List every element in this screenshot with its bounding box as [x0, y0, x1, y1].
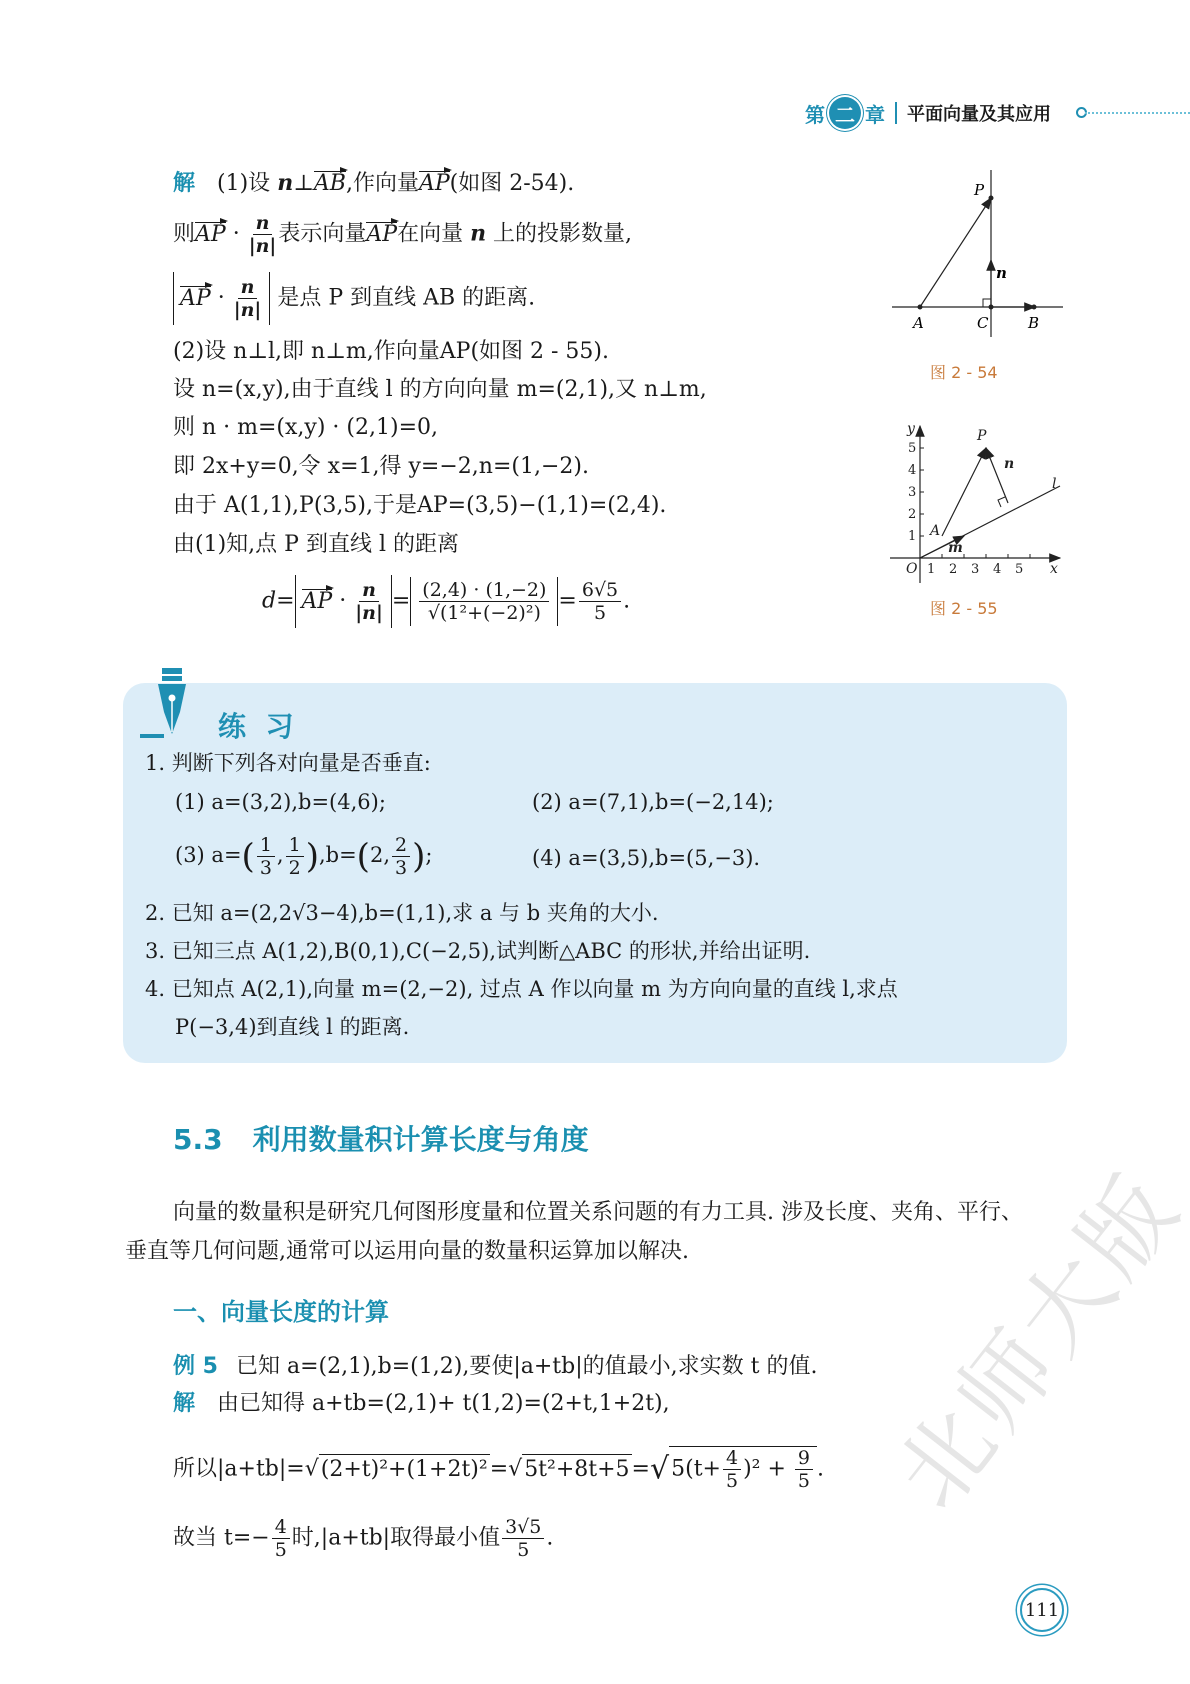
vector-ab: AB: [314, 169, 346, 199]
fraction-num: 4: [272, 1516, 290, 1539]
fraction-num: 1: [257, 834, 275, 857]
example-5-solution-2: 所以|a+tb|=√(2+t)²+(1+2t)²=√5t²+8t+5=√5(t+…: [173, 1446, 824, 1492]
vector-ap: AP: [302, 587, 333, 617]
practice-q1-1: (1) a=(3,2),b=(4,6);: [175, 788, 386, 816]
text: 表示向量: [278, 222, 366, 247]
solution-line-9: 由(1)知,点 P 到直线 l 的距离: [173, 530, 459, 560]
chapter-title: 平面向量及其应用: [907, 100, 1051, 126]
text: ,作向量: [346, 171, 419, 196]
solution-line-6: 则 n · m=(x,y) · (2,1)=0,: [173, 413, 438, 443]
example-5-solution-1: 解由已知得 a+tb=(2,1)+ t(1,2)=(2+t,1+2t),: [173, 1389, 670, 1419]
section-number: 5.3: [173, 1123, 223, 1156]
chapter-prefix: 第: [805, 99, 825, 128]
practice-q1-3: (3) a=(13,12),b=(2,23);: [175, 834, 432, 879]
label-p: P: [973, 181, 985, 199]
label-a: A: [928, 523, 940, 539]
fraction-num: 9: [795, 1447, 813, 1470]
text: 则: [173, 222, 195, 247]
fraction-den: 2: [289, 857, 301, 879]
label-b: B: [1027, 314, 1039, 332]
fraction-den: |n|: [355, 602, 383, 624]
example-5-statement: 例 5已知 a=(2,1),b=(1,2),要使|a+tb|的值最小,求实数 t…: [173, 1352, 817, 1382]
fraction-num: 6√5: [579, 579, 621, 602]
section-title: 利用数量积计算长度与角度: [253, 1123, 589, 1156]
text: 所以|a+tb|=: [173, 1457, 305, 1482]
solution-label: 解: [173, 1391, 195, 1416]
solution-line-7: 即 2x+y=0,令 x=1,得 y=−2,n=(1,−2).: [173, 452, 589, 482]
fraction-num: 2: [392, 834, 410, 857]
fraction-den: 5: [726, 1470, 738, 1492]
practice-title: 练 习: [218, 705, 294, 745]
abs-expression: AP · n|n|: [173, 272, 270, 325]
equals: =: [558, 589, 576, 614]
example-label: 例 5: [173, 1354, 218, 1379]
fraction-den: 3: [395, 857, 407, 879]
y-tick: 2: [908, 507, 916, 522]
text: (如图 2-54).: [450, 171, 575, 196]
fraction: 13: [257, 834, 275, 879]
paren: ): [306, 837, 319, 877]
axis-label-x: x: [1050, 561, 1058, 577]
text: (3) a=: [175, 843, 242, 867]
y-tick: 3: [908, 485, 916, 500]
subsection-heading: 一、向量长度的计算: [173, 1292, 389, 1327]
result-fraction: 6√55: [579, 579, 621, 624]
vector-ap: AP: [195, 220, 226, 250]
intro-line-2: 垂直等几何问题,通常可以运用向量的数量积运算加以解决.: [125, 1237, 689, 1267]
fraction: 45: [272, 1516, 290, 1561]
unit-vector-fraction: n|n|: [355, 579, 383, 624]
figure-2-55: 1 2 3 4 5 1 2 3 4 5 y x O P A l n m: [880, 418, 1070, 588]
chapter-header: 第 二 章 平面向量及其应用: [805, 96, 1051, 130]
fraction-num: n: [253, 212, 273, 235]
fraction-num: n: [359, 579, 379, 602]
sqrt-expression: 5(t+45)² + 95: [669, 1446, 817, 1492]
fraction-den: 5: [594, 602, 606, 624]
solution-line-4: (2)设 n⊥l,即 n⊥m,作向量AP(如图 2 - 55).: [173, 337, 609, 367]
header-dotted-rule: [1085, 112, 1190, 114]
fraction-den: |n|: [249, 235, 277, 257]
label-m: m: [948, 540, 963, 556]
vector-ap: AP: [180, 284, 211, 314]
vector-n: n: [277, 170, 293, 196]
equals: =: [490, 1457, 508, 1482]
vector-n: n: [470, 221, 486, 247]
solution-line-5: 设 n=(x,y),由于直线 l 的方向向量 m=(2,1),又 n⊥m,: [173, 375, 707, 405]
fraction-num: n: [238, 276, 258, 299]
text: 由已知得 a+tb=(2,1)+ t(1,2)=(2+t,1+2t),: [217, 1391, 670, 1416]
label-n: n: [1004, 456, 1014, 472]
solution-line-8: 由于 A(1,1),P(3,5),于是AP=(3,5)−(1,1)=(2,4).: [173, 491, 666, 521]
unit-vector-fraction: n|n|: [234, 276, 262, 321]
solution-line-2: 则AP · n|n|表示向量AP在向量 n 上的投影数量,: [173, 212, 632, 257]
perp-symbol: ⊥: [293, 171, 314, 196]
unit-vector-fraction: n|n|: [249, 212, 277, 257]
dot-product-fraction: (2,4) · (1,−2)√(1²+(−2)²): [419, 579, 549, 624]
text: 故当 t=−: [173, 1526, 270, 1551]
fraction-den: 3: [260, 857, 272, 879]
fraction: 95: [795, 1447, 813, 1492]
figure-2-54: P n A C B: [880, 160, 1070, 340]
label-c: C: [977, 314, 989, 332]
x-tick: 3: [971, 562, 979, 577]
text: ,b=: [319, 843, 357, 867]
page-number: 111: [1020, 1588, 1064, 1632]
fraction-num: (2,4) · (1,−2): [419, 579, 549, 602]
fraction: 45: [723, 1447, 741, 1492]
example-5-solution-3: 故当 t=−45时,|a+tb|取得最小值3√55.: [173, 1516, 553, 1561]
practice-q2: 2. 已知 a=(2,2√3−4),b=(1,1),求 a 与 b 夹角的大小.: [145, 899, 659, 927]
solution-label: 解: [173, 171, 195, 196]
text: (1)设: [217, 171, 277, 196]
fraction: 3√55: [502, 1516, 544, 1561]
axis-label-y: y: [906, 421, 916, 437]
fraction: 12: [286, 834, 304, 879]
x-tick: 4: [993, 562, 1001, 577]
example-text: 已知 a=(2,1),b=(1,2),要使|a+tb|的值最小,求实数 t 的值…: [236, 1354, 817, 1379]
x-tick: 5: [1015, 562, 1023, 577]
d-symbol: d=: [262, 589, 295, 614]
text: 时,|a+tb|取得最小值: [292, 1526, 500, 1551]
practice-q1-4: (4) a=(3,5),b=(5,−3).: [532, 844, 760, 872]
equals: =: [632, 1457, 650, 1482]
fraction-num: 4: [723, 1447, 741, 1470]
text: 是点 P 到直线 AB 的距离.: [270, 286, 535, 311]
section-heading: 5.3利用数量积计算长度与角度: [173, 1118, 589, 1158]
paren: (: [357, 837, 370, 877]
label-n: n: [996, 264, 1007, 282]
solution-line-3: AP · n|n| 是点 P 到直线 AB 的距离.: [173, 272, 535, 325]
origin-label: O: [906, 561, 918, 577]
sqrt-sign: √: [650, 1452, 669, 1487]
paren: ): [412, 837, 425, 877]
dot-operator: ·: [332, 589, 353, 614]
fraction-num: 1: [286, 834, 304, 857]
label-a: A: [911, 314, 924, 332]
figure-2-55-caption: 图 2 - 55: [930, 596, 998, 619]
text: .: [817, 1457, 824, 1482]
solution-line-1: 解(1)设 n⊥AB,作向量AP(如图 2-54).: [173, 168, 574, 199]
text: 在向量: [397, 222, 470, 247]
text: ;: [425, 843, 432, 867]
x-tick: 1: [927, 562, 935, 577]
practice-q4-line1: 4. 已知点 A(2,1),向量 m=(2,−2), 过点 A 作以向量 m 为…: [145, 975, 898, 1003]
abs-expression: AP · n|n|: [295, 575, 392, 628]
fraction-den: 5: [517, 1539, 529, 1561]
fraction-den: 5: [275, 1539, 287, 1561]
fraction-den: |n|: [234, 299, 262, 321]
practice-q3: 3. 已知三点 A(1,2),B(0,1),C(−2,5),试判断△ABC 的形…: [145, 937, 810, 965]
vector-ap: AP: [419, 169, 450, 199]
practice-q4-line2: P(−3,4)到直线 l 的距离.: [175, 1013, 409, 1041]
vector-ap: AP: [366, 220, 397, 250]
x-tick: 2: [949, 562, 957, 577]
label-l: l: [1052, 476, 1056, 492]
text: 上的投影数量,: [486, 222, 632, 247]
text: 2: [370, 843, 383, 867]
figure-2-54-caption: 图 2 - 54: [930, 360, 998, 383]
paren: (: [242, 837, 255, 877]
header-divider: [895, 102, 897, 124]
y-tick: 1: [908, 529, 916, 544]
dot-operator: ·: [211, 286, 232, 311]
fraction-num: 3√5: [502, 1516, 544, 1539]
practice-q1-2: (2) a=(7,1),b=(−2,14);: [532, 788, 774, 816]
fraction-den: 5: [798, 1470, 810, 1492]
y-tick: 5: [908, 441, 916, 456]
abs-expression: (2,4) · (1,−2)√(1²+(−2)²): [410, 577, 558, 626]
dot-operator: ·: [226, 222, 247, 247]
text: 5(t+: [671, 1457, 721, 1482]
chapter-suffix: 章: [865, 99, 885, 128]
sqrt-expression: 5t²+8t+5: [522, 1454, 631, 1485]
practice-q1: 1. 判断下列各对向量是否垂直:: [145, 749, 431, 777]
distance-formula: d=AP · n|n|=(2,4) · (1,−2)√(1²+(−2)²)=6√…: [262, 575, 630, 628]
text: .: [623, 589, 630, 614]
equals: =: [392, 589, 410, 614]
label-p: P: [976, 428, 987, 444]
sqrt-expression: (2+t)²+(1+2t)²: [319, 1454, 490, 1485]
text: )² +: [743, 1457, 793, 1482]
fraction: 23: [392, 834, 410, 879]
fraction-den: √(1²+(−2)²): [428, 602, 541, 624]
intro-line-1: 向量的数量积是研究几何图形度量和位置关系问题的有力工具. 涉及长度、夹角、平行、: [173, 1198, 1023, 1228]
chapter-number-badge: 二: [827, 95, 863, 131]
fountain-pen-icon: [140, 668, 200, 740]
text: .: [546, 1526, 553, 1551]
y-tick: 4: [908, 463, 916, 478]
